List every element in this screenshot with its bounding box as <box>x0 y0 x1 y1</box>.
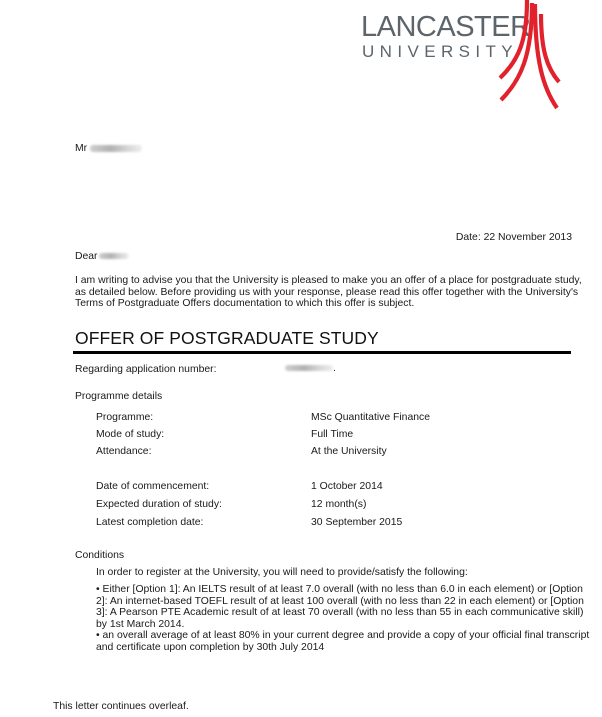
conditions-list: • Either [Option 1]: An IELTS result of … <box>96 584 596 654</box>
detail-value: MSc Quantitative Finance <box>311 412 430 423</box>
programme-details-heading: Programme details <box>75 391 162 402</box>
detail-value: 1 October 2014 <box>311 481 383 492</box>
redacted-greeting-name <box>99 253 129 259</box>
detail-label: Date of commencement: <box>96 481 209 492</box>
continues-overleaf-note: This letter continues overleaf. <box>53 701 189 712</box>
greeting-text: Dear <box>75 251 98 262</box>
lancaster-university-red-arches-icon <box>495 0 565 115</box>
conditions-intro: In order to register at the University, … <box>96 567 468 578</box>
detail-row-expected-duration: Expected duration of study: 12 month(s) <box>96 499 516 513</box>
heading-divider <box>73 351 571 354</box>
greeting-line: Dear <box>75 251 129 262</box>
detail-value: 12 month(s) <box>311 499 366 510</box>
detail-label: Mode of study: <box>96 429 164 440</box>
offer-title: OFFER OF POSTGRADUATE STUDY <box>75 328 379 349</box>
detail-label: Attendance: <box>96 446 151 457</box>
recipient-title: Mr <box>75 143 87 154</box>
detail-row-latest-completion: Latest completion date: 30 September 201… <box>96 517 516 531</box>
recipient-line: Mr <box>75 143 142 154</box>
detail-value: 30 September 2015 <box>311 517 402 528</box>
detail-row-mode-of-study: Mode of study: Full Time <box>96 429 516 443</box>
redacted-application-number <box>285 365 333 371</box>
detail-label: Latest completion date: <box>96 517 203 528</box>
detail-row-programme: Programme: MSc Quantitative Finance <box>96 412 516 426</box>
intro-paragraph: I am writing to advise you that the Univ… <box>75 275 595 310</box>
letter-date: Date: 22 November 2013 <box>456 232 572 243</box>
condition-academic-grade: • an overall average of at least 80% in … <box>96 630 596 653</box>
detail-label: Programme: <box>96 412 153 423</box>
redacted-recipient-name <box>90 145 142 152</box>
application-number-value: . <box>285 363 336 374</box>
application-number-suffix: . <box>333 363 336 374</box>
conditions-heading: Conditions <box>75 550 124 561</box>
detail-row-attendance: Attendance: At the University <box>96 446 516 460</box>
detail-value: Full Time <box>311 429 353 440</box>
condition-english-language: • Either [Option 1]: An IELTS result of … <box>96 584 596 630</box>
detail-row-date-of-commencement: Date of commencement: 1 October 2014 <box>96 481 516 495</box>
detail-value: At the University <box>311 446 387 457</box>
detail-label: Expected duration of study: <box>96 499 222 510</box>
application-number-label: Regarding application number: <box>75 364 217 375</box>
